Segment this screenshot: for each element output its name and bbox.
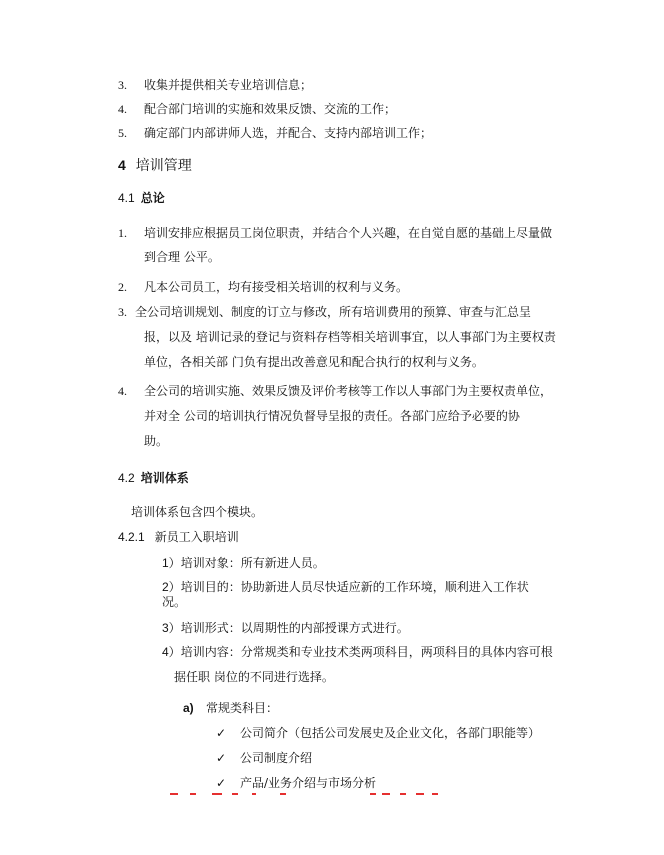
list-item: 5.确定部门内部讲师人选，并配合、支持内部培训工作； xyxy=(118,126,432,140)
list-text-continued: 到合理 公平。 xyxy=(144,250,220,264)
point-item: 3）培训形式：以周期性的内部授课方式进行。 xyxy=(162,621,409,635)
list-number: 4. xyxy=(118,384,144,398)
list-text: 凡本公司员工，均有接受相关培训的权利与义务。 xyxy=(144,280,408,294)
subsection-label: a) xyxy=(183,701,206,715)
list-number: 1. xyxy=(118,226,144,240)
checklist-item: ✓公司制度介绍 xyxy=(216,751,312,765)
subsection-a: a)常规类科目： xyxy=(183,701,278,715)
heading-number: 4 xyxy=(118,157,126,173)
list-item: 4.全公司的培训实施、效果反馈及评价考核等工作以人事部门为主要权责单位， xyxy=(118,384,552,398)
point-number: 2） xyxy=(162,580,181,594)
point-text: 培训对象：所有新进人员。 xyxy=(181,556,325,570)
list-text: 培训安排应根据员工岗位职责，并结合个人兴趣，在自觉自愿的基础上尽量做 xyxy=(144,226,552,240)
point-text-continued: 况。 xyxy=(162,595,186,609)
heading-number: 4.2 xyxy=(118,471,135,485)
checklist-item: ✓公司简介（包括公司发展史及企业文化，各部门职能等） xyxy=(216,726,540,740)
heading-title: 培训管理 xyxy=(136,158,192,174)
list-text-continued: 助。 xyxy=(144,434,168,448)
list-text: 全公司培训规划、制度的订立与修改，所有培训费用的预算、审查与汇总呈 xyxy=(135,305,531,319)
list-item: 3.收集并提供相关专业培训信息； xyxy=(118,78,312,92)
point-text: 培训目的：协助新进人员尽快适应新的工作环境，顺利进入工作状 xyxy=(181,580,529,594)
section-heading-4-2-1: 4.2.1新员工入职培训 xyxy=(118,530,239,544)
list-number: 3. xyxy=(118,305,135,319)
check-icon: ✓ xyxy=(216,751,240,765)
point-number: 3） xyxy=(162,621,181,635)
point-item: 4）培训内容：分常规类和专业技术类两项科目，两项科目的具体内容可根 xyxy=(162,645,553,659)
checklist-item: ✓产品/业务介绍与市场分析 xyxy=(216,776,376,790)
point-text-continued: 据任职 岗位的不同进行选择。 xyxy=(174,670,334,684)
list-item: 4.配合部门培训的实施和效果反馈、交流的工作； xyxy=(118,102,396,116)
list-number: 4. xyxy=(118,102,144,116)
list-number: 2. xyxy=(118,280,144,294)
list-item: 3.全公司培训规划、制度的订立与修改，所有培训费用的预算、审查与汇总呈 xyxy=(118,305,531,319)
heading-title: 总论 xyxy=(141,191,165,205)
list-text-continued: 报，以及 培训记录的登记与资料存档等相关培训事宜，以人事部门为主要权责 xyxy=(144,330,556,344)
section-intro: 培训体系包含四个模块。 xyxy=(131,505,263,519)
list-text: 全公司的培训实施、效果反馈及评价考核等工作以人事部门为主要权责单位， xyxy=(144,384,552,398)
heading-number: 4.1 xyxy=(118,191,135,205)
list-text: 确定部门内部讲师人选，并配合、支持内部培训工作； xyxy=(144,126,432,140)
check-icon: ✓ xyxy=(216,776,240,790)
heading-title: 培训体系 xyxy=(141,471,189,485)
heading-title: 新员工入职培训 xyxy=(155,530,239,544)
section-heading-4-2: 4.2培训体系 xyxy=(118,471,189,485)
checklist-text: 公司制度介绍 xyxy=(240,751,312,765)
cutoff-text-fragment xyxy=(170,793,470,796)
section-heading-4-1: 4.1总论 xyxy=(118,191,165,205)
list-text: 收集并提供相关专业培训信息； xyxy=(144,78,312,92)
point-text: 培训形式：以周期性的内部授课方式进行。 xyxy=(181,621,409,635)
list-number: 5. xyxy=(118,126,144,140)
list-text-continued: 并对全 公司的培训执行情况负督导呈报的责任。各部门应给予必要的协 xyxy=(144,409,520,423)
section-heading-4: 4培训管理 xyxy=(118,157,192,174)
point-item: 1）培训对象：所有新进人员。 xyxy=(162,556,325,570)
point-text: 培训内容：分常规类和专业技术类两项科目，两项科目的具体内容可根 xyxy=(181,645,553,659)
point-item: 2）培训目的：协助新进人员尽快适应新的工作环境，顺利进入工作状 xyxy=(162,580,529,594)
list-text: 配合部门培训的实施和效果反馈、交流的工作； xyxy=(144,102,396,116)
checklist-text: 产品/业务介绍与市场分析 xyxy=(240,776,376,790)
heading-number: 4.2.1 xyxy=(118,530,145,544)
list-text-continued: 单位，各相关部 门负有提出改善意见和配合执行的权利与义务。 xyxy=(144,355,484,369)
point-number: 1） xyxy=(162,556,181,570)
check-icon: ✓ xyxy=(216,726,240,740)
list-item: 2.凡本公司员工，均有接受相关培训的权利与义务。 xyxy=(118,280,408,294)
point-number: 4） xyxy=(162,645,181,659)
subsection-title: 常规类科目： xyxy=(206,701,278,715)
list-item: 1.培训安排应根据员工岗位职责，并结合个人兴趣，在自觉自愿的基础上尽量做 xyxy=(118,226,552,240)
list-number: 3. xyxy=(118,78,144,92)
checklist-text: 公司简介（包括公司发展史及企业文化，各部门职能等） xyxy=(240,726,540,740)
